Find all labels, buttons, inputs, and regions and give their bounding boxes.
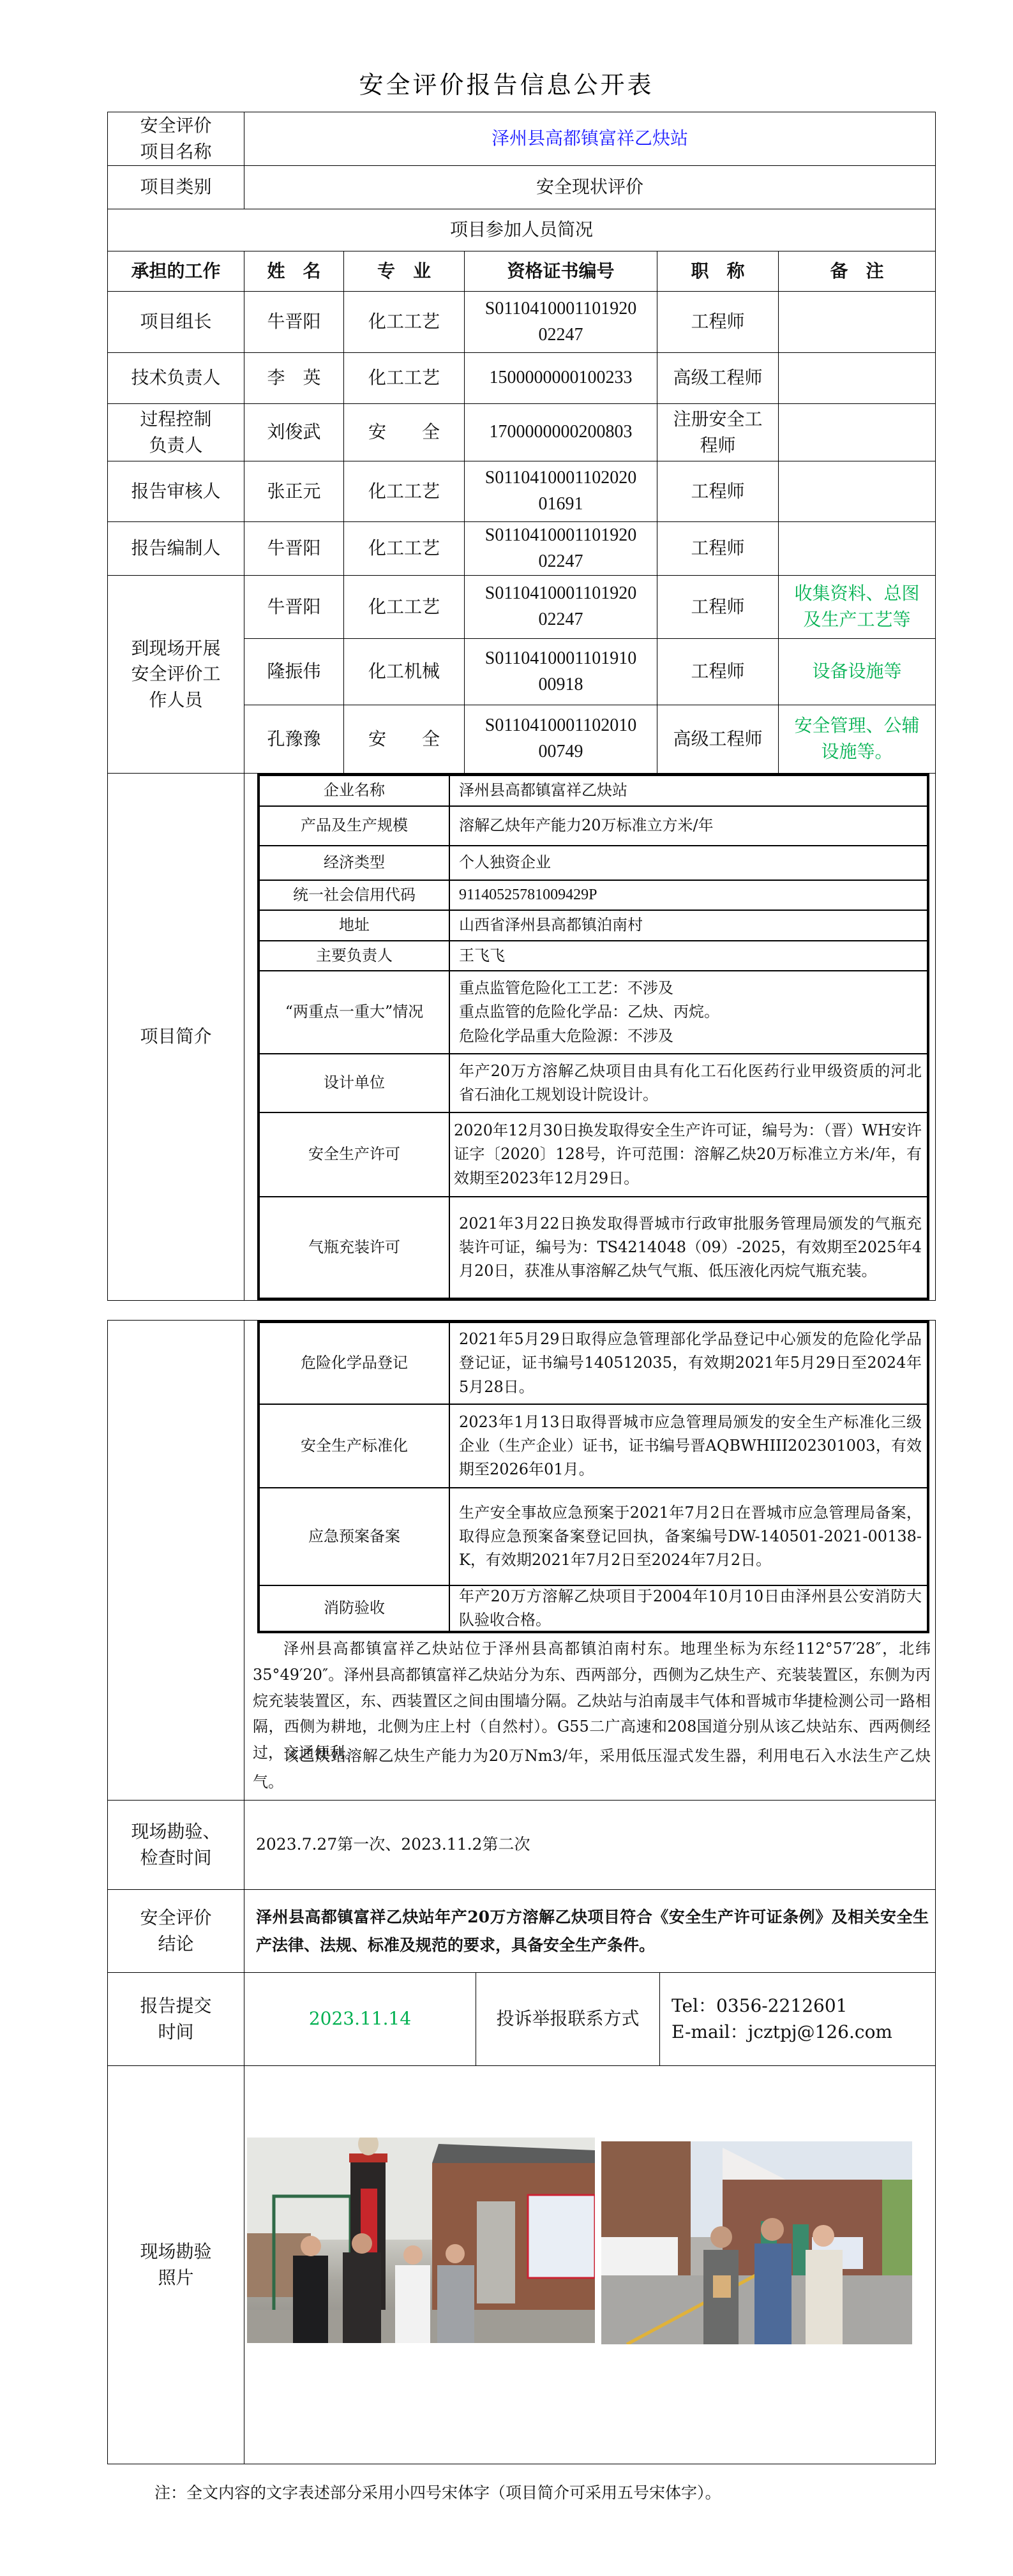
project-category-label: 项目类别 xyxy=(107,165,244,209)
photo-1-illustration xyxy=(247,2138,595,2343)
row-note xyxy=(778,403,936,461)
row-title: 工程师 xyxy=(657,291,779,353)
onsite-name: 隆振伟 xyxy=(244,638,344,705)
submission-label: 报告提交 时间 xyxy=(107,1972,244,2066)
intro-label-cell: 应急预案备案 xyxy=(260,1488,450,1586)
intro-table-part1: 企业名称 泽州县高都镇富祥乙炔站 产品及生产规模 溶解乙炔年产能力20万标准立方… xyxy=(257,774,929,1300)
row-note xyxy=(778,521,936,576)
intro-value-cell: 王飞飞 xyxy=(450,941,927,971)
intro-value-cell: 重点监管危险化工工艺：不涉及 重点监管的危险化学品：乙炔、丙烷。 危险化学品重大… xyxy=(450,971,927,1054)
row-major: 安 全 xyxy=(343,403,465,461)
intro-value-cell: 泽州县高都镇富祥乙炔站 xyxy=(450,776,927,807)
onsite-major: 化工工艺 xyxy=(343,575,465,639)
conclusion-value: 泽州县高都镇富祥乙炔站年产20万方溶解乙炔项目符合《安全生产许可证条例》及相关安… xyxy=(244,1889,936,1973)
onsite-note: 收集资料、总图 及生产工艺等 xyxy=(778,575,936,639)
intro-label-cell: 企业名称 xyxy=(260,776,450,807)
intro-label: 项目简介 xyxy=(107,773,244,1301)
intro-label-cell: 统一社会信用代码 xyxy=(260,881,450,911)
intro-value-cell: 年产20万方溶解乙炔项目于2004年10月10日由泽州县公安消防大队验收合格。 xyxy=(450,1586,927,1631)
contact-email[interactable]: E-mail：jcztpj@126.com xyxy=(672,2019,892,2046)
row-role: 项目组长 xyxy=(107,291,244,353)
row-role: 报告编制人 xyxy=(107,521,244,576)
row-title: 注册安全工 程师 xyxy=(657,403,779,461)
intro-label-cell: 安全生产标准化 xyxy=(260,1405,450,1488)
onsite-major: 安 全 xyxy=(343,705,465,774)
people-group-2 xyxy=(703,2218,843,2344)
row-cert: S0110410001101920 02247 xyxy=(464,291,657,353)
personnel-section-title: 项目参加人员简况 xyxy=(107,209,936,251)
intro-value-cell: 山西省泽州县高都镇泊南村 xyxy=(450,911,927,941)
row-major: 化工工艺 xyxy=(343,521,465,576)
row-cert: S0110410001102020 01691 xyxy=(464,461,657,522)
project-name-value: 泽州县高都镇富祥乙炔站 xyxy=(244,112,936,166)
row-role: 报告审核人 xyxy=(107,461,244,522)
header-cert: 资格证书编号 xyxy=(464,251,657,292)
contact-label: 投诉举报联系方式 xyxy=(476,1972,660,2066)
photos-label: 现场勘验 照片 xyxy=(107,2065,244,2464)
intro-value-cell: 生产安全事故应急预案于2021年7月2日在晋城市应急管理局备案，取得应急预案备案… xyxy=(450,1488,927,1586)
intro-value-cell: 个人独资企业 xyxy=(450,846,927,881)
onsite-note: 安全管理、公辅 设施等。 xyxy=(778,705,936,774)
intro-label-cell: 安全生产许可 xyxy=(260,1113,450,1197)
intro-label-cell: 消防验收 xyxy=(260,1586,450,1631)
intro-value-cell: 年产20万方溶解乙炔项目由具有化工石化医药行业甲级资质的河北省石油化工规划设计院… xyxy=(450,1054,927,1113)
row-name: 张正元 xyxy=(244,461,344,522)
intro-label-continued xyxy=(107,1320,244,1801)
onsite-title: 高级工程师 xyxy=(657,705,779,774)
intro-label-cell: “两重点一重大”情况 xyxy=(260,971,450,1054)
row-name: 李 英 xyxy=(244,352,344,404)
row-cert: 1500000000100233 xyxy=(464,352,657,404)
row-name: 牛晋阳 xyxy=(244,521,344,576)
intro-label-cell: 主要负责人 xyxy=(260,941,450,971)
header-title: 职 称 xyxy=(657,251,779,292)
intro-value-cell: 2021年5月29日取得应急管理部化学品登记中心颁发的危险化学品登记证，证书编号… xyxy=(450,1323,927,1405)
row-role: 过程控制 负责人 xyxy=(107,403,244,461)
conclusion-label: 安全评价 结论 xyxy=(107,1889,244,1973)
onsite-role: 到现场开展 安全评价工 作人员 xyxy=(107,575,244,774)
onsite-cert: S0110410001101920 02247 xyxy=(464,575,657,639)
row-name: 牛晋阳 xyxy=(244,291,344,353)
intro-value-cell: 2020年12月30日换发取得安全生产许可证，编号为：（晋）WH安许证字〔202… xyxy=(450,1113,927,1197)
contact-info: Tel：0356-2212601 E-mail：jcztpj@126.com xyxy=(659,1972,936,2066)
page-title: 安全评价报告信息公开表 xyxy=(0,65,1013,100)
intro-value-cell: 2021年3月22日换发取得晋城市行政审批服务管理局颁发的气瓶充装许可证，编号为… xyxy=(450,1197,927,1298)
contact-tel: Tel：0356-2212601 xyxy=(672,1993,847,2019)
intro-label-cell: 地址 xyxy=(260,911,450,941)
row-title: 工程师 xyxy=(657,461,779,522)
intro-value-cell: 溶解乙炔年产能力20万标准立方米/年 xyxy=(450,807,927,846)
header-role: 承担的工作 xyxy=(107,251,244,292)
onsite-name: 孔豫豫 xyxy=(244,705,344,774)
onsite-note: 设备设施等 xyxy=(778,638,936,705)
project-category-value: 安全现状评价 xyxy=(244,165,936,209)
inspection-label: 现场勘验、 检查时间 xyxy=(107,1800,244,1890)
onsite-title: 工程师 xyxy=(657,575,779,639)
onsite-cert: S0110410001102010 00749 xyxy=(464,705,657,774)
row-note xyxy=(778,461,936,522)
photo-2-illustration xyxy=(601,2141,912,2344)
header-name: 姓 名 xyxy=(244,251,344,292)
intro-label-cell: 设计单位 xyxy=(260,1054,450,1113)
intro-value-cell: 2023年1月13日取得晋城市应急管理局颁发的安全生产标准化三级企业（生产企业）… xyxy=(450,1405,927,1488)
row-major: 化工工艺 xyxy=(343,352,465,404)
row-cert: 1700000000200803 xyxy=(464,403,657,461)
intro-label-cell: 危险化学品登记 xyxy=(260,1323,450,1405)
onsite-major: 化工机械 xyxy=(343,638,465,705)
header-note: 备 注 xyxy=(778,251,936,292)
row-note xyxy=(778,291,936,353)
header-major: 专 业 xyxy=(343,251,465,292)
intro-label-cell: 产品及生产规模 xyxy=(260,807,450,846)
row-title: 工程师 xyxy=(657,521,779,576)
onsite-cert: S0110410001101910 00918 xyxy=(464,638,657,705)
intro-table-part2: 危险化学品登记 2021年5月29日取得应急管理部化学品登记中心颁发的危险化学品… xyxy=(257,1321,929,1633)
row-major: 化工工艺 xyxy=(343,461,465,522)
submission-date: 2023.11.14 xyxy=(244,1972,476,2066)
project-name-label: 安全评价 项目名称 xyxy=(107,112,244,166)
row-major: 化工工艺 xyxy=(343,291,465,353)
row-note xyxy=(778,352,936,404)
row-role: 技术负责人 xyxy=(107,352,244,404)
row-cert: S0110410001101920 02247 xyxy=(464,521,657,576)
onsite-title: 工程师 xyxy=(657,638,779,705)
intro-label-cell: 经济类型 xyxy=(260,846,450,881)
footnote: 注：全文内容的文字表述部分采用小四号宋体字（项目简介可采用五号宋体字）。 xyxy=(154,2480,721,2503)
row-name: 刘俊武 xyxy=(244,403,344,461)
onsite-name: 牛晋阳 xyxy=(244,575,344,639)
intro-paragraph-2: 该乙炔站溶解乙炔生产能力为20万Nm3/年，采用低压湿式发生器，利用电石入水法生… xyxy=(253,1743,931,1795)
row-title: 高级工程师 xyxy=(657,352,779,404)
intro-label-cell: 气瓶充装许可 xyxy=(260,1197,450,1298)
site-photo-2 xyxy=(601,2141,912,2344)
inspection-value: 2023.7.27第一次、2023.11.2第二次 xyxy=(244,1800,936,1890)
intro-value-cell: 91140525781009429P xyxy=(450,881,927,911)
site-photo-1 xyxy=(247,2138,595,2343)
